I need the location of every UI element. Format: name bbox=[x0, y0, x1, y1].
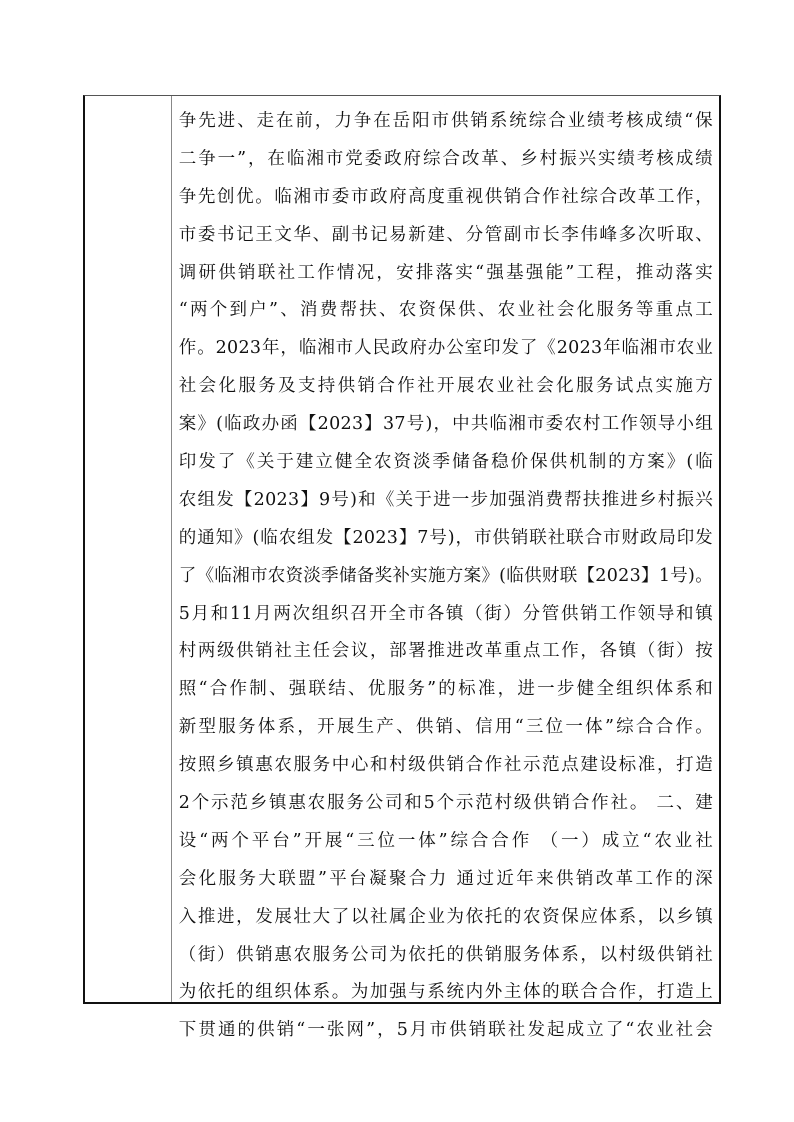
text-line: 争先进、走在前，力争在岳阳市供销系统综合业绩考核成绩“保 bbox=[179, 103, 713, 141]
text-line: 村两级供销社主任会议，部署推进改革重点工作，各镇（街）按 bbox=[179, 633, 713, 671]
text-line: 了《临湘市农资淡季储备奖补实施方案》(临供财联【2023】1号)。 bbox=[179, 558, 713, 596]
text-line: 2个示范乡镇惠农服务公司和5个示范村级供销合作社。 二、建 bbox=[179, 785, 713, 823]
text-line: 按照乡镇惠农服务中心和村级供销合作社示范点建设标准，打造 bbox=[179, 747, 713, 785]
text-line: 作。2023年，临湘市人民政府办公室印发了《2023年临湘市农业 bbox=[179, 330, 713, 368]
text-line: 农组发【2023】9号)和《关于进一步加强消费帮扶推进乡村振兴 bbox=[179, 482, 713, 520]
text-line: 入推进，发展壮大了以社属企业为依托的农资保应体系，以乡镇 bbox=[179, 899, 713, 937]
content-table: 争先进、走在前，力争在岳阳市供销系统综合业绩考核成绩“保 二争一”，在临湘市党委… bbox=[83, 95, 721, 1004]
text-line: “两个到户”、消费帮扶、农资保供、农业社会化服务等重点工 bbox=[179, 292, 713, 330]
body-text-cell: 争先进、走在前，力争在岳阳市供销系统综合业绩考核成绩“保 二争一”，在临湘市党委… bbox=[172, 96, 719, 1002]
text-line: 新型服务体系，开展生产、供销、信用“三位一体”综合合作。 bbox=[179, 709, 713, 747]
text-line: 5月和11月两次组织召开全市各镇（街）分管供销工作领导和镇 bbox=[179, 596, 713, 634]
text-line: 争先创优。临湘市委市政府高度重视供销合作社综合改革工作， bbox=[179, 179, 713, 217]
text-line: 为依托的组织体系。为加强与系统内外主体的联合合作，打造上 bbox=[179, 974, 713, 1012]
text-line: 二争一”，在临湘市党委政府综合改革、乡村振兴实绩考核成绩 bbox=[179, 141, 713, 179]
text-line: 会化服务大联盟”平台凝聚合力 通过近年来供销改革工作的深 bbox=[179, 861, 713, 899]
text-line: 下贯通的供销“一张网”，5月市供销联社发起成立了“农业社会 bbox=[179, 1012, 713, 1050]
text-line: 案》(临政办函【2023】37号)，中共临湘市委农村工作领导小组 bbox=[179, 406, 713, 444]
text-line: 的通知》(临农组发【2023】7号)，市供销联社联合市财政局印发 bbox=[179, 520, 713, 558]
text-line: 照“合作制、强联结、优服务”的标准，进一步健全组织体系和 bbox=[179, 671, 713, 709]
text-line: 调研供销联社工作情况，安排落实“强基强能”工程，推动落实 bbox=[179, 255, 713, 293]
text-line: 印发了《关于建立健全农资淡季储备稳价保供机制的方案》(临 bbox=[179, 444, 713, 482]
text-line: 设“两个平台”开展“三位一体”综合合作 （一）成立“农业社 bbox=[179, 823, 713, 861]
text-line: 社会化服务及支持供销合作社开展农业社会化服务试点实施方 bbox=[179, 368, 713, 406]
label-cell bbox=[85, 96, 172, 1002]
text-line: （街）供销惠农服务公司为依托的供销服务体系，以村级供销社 bbox=[179, 937, 713, 975]
text-line: 市委书记王文华、副书记易新建、分管副市长李伟峰多次听取、 bbox=[179, 217, 713, 255]
